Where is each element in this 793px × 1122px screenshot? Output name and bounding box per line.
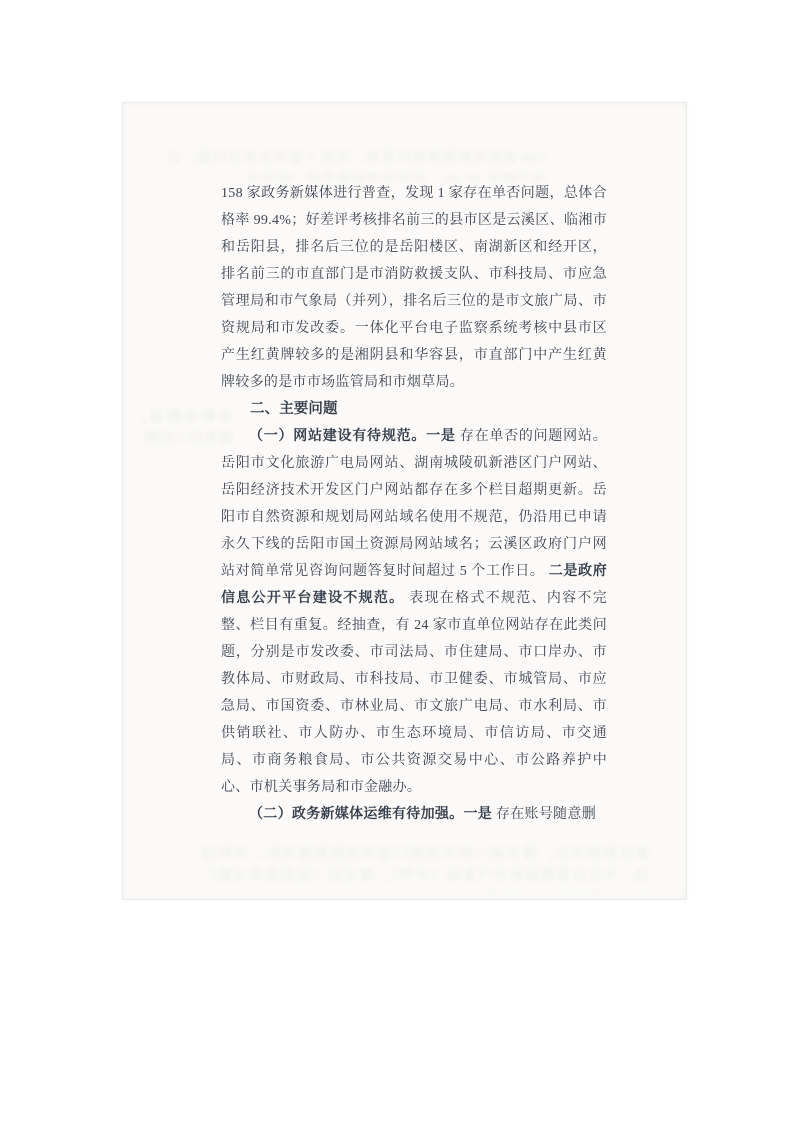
website-issues-body1: 存在单否的问题网站。岳阳市文化旅游广电局网站、湖南城陵矶新港区门户网站、岳阳经济…: [221, 429, 607, 579]
document-text-column: 158 家政务新媒体进行普查，发现 1 家存在单否问题，总体合格率 99.4%；…: [221, 180, 607, 828]
bleedthrough-artifact-top: 158 家政务新媒体进行普查，发现 1 家存在单否问题，总体合格率 99.4%；…: [166, 148, 546, 182]
paragraph-newmedia-issues: （二）政务新媒体运维有待加强。一是 存在账号随意删: [221, 801, 607, 828]
website-issues-body2: 表现在格式不规范、内容不完整、栏目有重复。经抽查，有 24 家市直单位网站存在此…: [221, 591, 607, 795]
section-heading: 二、主要问题: [221, 396, 607, 423]
screenshot-canvas: 158 家政务新媒体进行普查，发现 1 家存在单否问题，总体合格率 99.4%；…: [0, 0, 793, 1122]
newmedia-issues-lead: （二）政务新媒体运维有待加强。一是: [249, 807, 492, 822]
paragraph-website-issues: （一）网站建设有待规范。一是 存在单否的问题网站。岳阳市文化旅游广电局网站、湖南…: [221, 423, 607, 801]
paragraph-continuation: 158 家政务新媒体进行普查，发现 1 家存在单否问题，总体合格率 99.4%；…: [221, 180, 607, 396]
bleedthrough-artifact-left: 市和岳阳县，排名后三位的: [131, 407, 233, 445]
bleedthrough-artifact-bottom: 新区和经开区，排名前三的市直部门是市消防救援支队、市科技局、市应急管理局和市气象…: [201, 844, 649, 892]
continuation-text: 158 家政务新媒体进行普查，发现 1 家存在单否问题，总体合格率 99.4%；…: [221, 186, 607, 390]
website-issues-lead: （一）网站建设有待规范。一是: [249, 429, 456, 444]
newmedia-issues-body1: 存在账号随意删: [496, 807, 596, 822]
section-heading-text: 二、主要问题: [250, 401, 338, 417]
scanned-document-page: 158 家政务新媒体进行普查，发现 1 家存在单否问题，总体合格率 99.4%；…: [122, 102, 687, 900]
